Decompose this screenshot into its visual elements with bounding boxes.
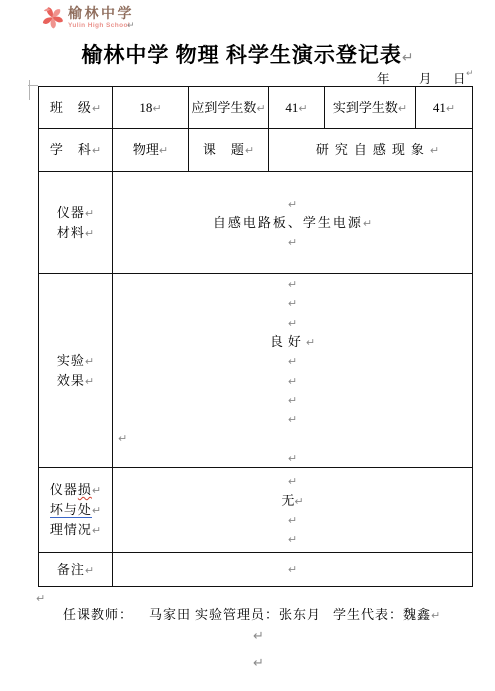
paragraph-mark-icon: ↵: [294, 495, 303, 508]
class-value: 18: [139, 100, 152, 115]
paragraph-mark-icon: ↵: [306, 336, 315, 349]
topic-value-cell[interactable]: 研究自感现象↵: [269, 129, 472, 172]
paragraph-mark-icon: ↵: [253, 656, 264, 671]
teacher-label: 任课教师：: [63, 607, 133, 622]
topic-label: 课 题: [203, 142, 245, 157]
class-label-cell: 班 级↵: [39, 87, 113, 129]
paragraph-mark-icon: ↵: [118, 432, 127, 445]
date-line: 年 月 日 ↵: [0, 69, 495, 85]
paragraph-mark-icon: ↵: [288, 533, 297, 546]
empty-paragraph: ↵: [113, 293, 472, 312]
damage-label-cell: 仪器损↵ 坏与处↵ 理情况↵: [39, 468, 113, 553]
subject-value-cell[interactable]: 物理↵: [113, 129, 189, 172]
teacher-name: 马家田: [149, 607, 191, 622]
damage-value-line: 无↵: [113, 491, 472, 510]
paragraph-mark-icon: ↵: [92, 102, 101, 115]
school-logo: 榆林中学 Yulin High School: [40, 5, 134, 30]
paragraph-mark-icon: ↵: [288, 514, 297, 527]
paragraph-mark-icon: ↵: [288, 394, 297, 407]
paragraph-mark-icon: ↵: [298, 102, 307, 115]
empty-paragraph: ↵: [113, 313, 472, 332]
empty-paragraph: ↵: [113, 351, 472, 370]
subject-label-cell: 学 科↵: [39, 129, 113, 172]
empty-paragraph: ↵: [113, 471, 472, 490]
paragraph-mark-icon: ↵: [288, 560, 297, 579]
notes-label-cell: 备注↵: [39, 553, 113, 586]
topic-label-cell: 课 题↵: [189, 129, 269, 172]
damage-label-line3: 理情况: [50, 522, 92, 537]
paragraph-mark-icon: ↵: [92, 504, 101, 517]
equipment-value-cell[interactable]: ↵ 自感电路板、学生电源↵ ↵: [113, 172, 472, 274]
paragraph-mark-icon: ↵: [431, 609, 440, 622]
day-label: 日: [453, 69, 466, 87]
paragraph-mark-icon: ↵: [92, 524, 101, 537]
effect-label-line2: 效果: [57, 373, 85, 388]
paragraph-mark-icon: ↵: [85, 355, 94, 368]
student-rep-label: 学生代表：: [333, 607, 403, 622]
empty-paragraph: ↵: [113, 371, 472, 390]
lab-manager-label: 实验管理员：: [195, 607, 279, 622]
paragraph-mark-icon: ↵: [466, 69, 474, 79]
paragraph-mark-icon: ↵: [288, 375, 297, 388]
paragraph-mark-icon: ↵: [256, 102, 265, 115]
effect-value: 良好: [270, 334, 306, 349]
subject-label: 学 科: [50, 142, 92, 157]
equipment-label-line1: 仪器: [57, 205, 85, 220]
paragraph-mark-icon: ↵: [85, 227, 94, 240]
empty-paragraph: ↵: [113, 194, 472, 213]
paragraph-mark-icon: ↵: [288, 475, 297, 488]
paragraph-mark-icon: ↵: [363, 217, 372, 230]
paragraph-mark-icon: ↵: [253, 629, 264, 644]
damage-label-misspelled-char: 损: [78, 482, 92, 497]
effect-label-cell: 实验↵ 效果↵: [39, 274, 113, 468]
expected-students-value: 41: [285, 100, 298, 115]
paragraph-mark-icon: ↵: [159, 144, 168, 157]
paragraph-mark-icon: ↵: [288, 355, 297, 368]
paragraph-mark-icon: ↵: [85, 564, 94, 577]
logo-flower-icon: [40, 5, 65, 30]
effect-value-line: 良好↵: [113, 332, 472, 351]
student-rep-name: 魏鑫: [403, 607, 431, 622]
logo-school-name: 榆林中学: [68, 7, 134, 22]
effect-value-cell[interactable]: ↵ ↵ ↵ 良好↵ ↵ ↵ ↵ ↵ ↵ ↵: [113, 274, 472, 468]
empty-paragraph: ↵: [113, 529, 472, 548]
paragraph-mark-icon: ↵: [288, 278, 297, 291]
paragraph-mark-icon: ↵: [288, 317, 297, 330]
paragraph-mark-icon: ↵: [85, 375, 94, 388]
paragraph-mark-icon: ↵: [288, 413, 297, 426]
expected-students-value-cell[interactable]: 41↵: [269, 87, 325, 129]
class-label: 班 级: [50, 100, 92, 115]
actual-students-label: 实到学生数: [333, 100, 398, 115]
paragraph-mark-icon: ↵: [288, 297, 297, 310]
empty-paragraph: ↵: [113, 428, 472, 447]
paragraph-mark-icon: ↵: [127, 21, 135, 31]
paragraph-mark-icon: ↵: [152, 102, 161, 115]
paragraph-mark-icon: ↵: [245, 144, 254, 157]
paragraph-mark-icon: ↵: [430, 144, 439, 157]
teacher-signature: 任课教师：马家田: [63, 604, 191, 623]
damage-label-line2: 坏与处: [50, 502, 92, 518]
topic-value: 研究自感现象: [316, 142, 430, 157]
paragraph-mark-icon: ↵: [288, 236, 297, 249]
equipment-label-line2: 材料: [57, 225, 85, 240]
year-label: 年: [377, 69, 390, 87]
equipment-label-cell: 仪器↵ 材料↵: [39, 172, 113, 274]
subject-value: 物理: [133, 142, 159, 157]
paragraph-mark-icon: ↵: [288, 452, 297, 465]
paragraph-mark-icon: ↵: [446, 102, 455, 115]
month-label: 月: [419, 69, 432, 87]
actual-students-value: 41: [433, 100, 446, 115]
registration-table: 班 级↵ 18↵ 应到学生数↵ 41↵ 实到学生数↵ 41↵ 学 科↵ 物理↵ …: [38, 86, 473, 587]
paragraph-mark-icon: ↵: [398, 102, 407, 115]
class-value-cell[interactable]: 18↵: [113, 87, 189, 129]
empty-paragraph: ↵: [113, 409, 472, 428]
form-title-text: 榆林中学 物理 科学生演示登记表: [81, 43, 402, 67]
notes-value-cell[interactable]: ↵: [113, 553, 472, 586]
actual-students-label-cell: 实到学生数↵: [325, 87, 416, 129]
logo-text-block: 榆林中学 Yulin High School: [68, 7, 134, 30]
paragraph-mark-icon: ↵: [85, 207, 94, 220]
empty-paragraph: ↵: [113, 390, 472, 409]
empty-paragraph: ↵: [113, 274, 472, 293]
actual-students-value-cell[interactable]: 41↵: [416, 87, 472, 129]
empty-paragraph: ↵: [113, 510, 472, 529]
damage-value: 无: [281, 493, 294, 508]
lab-manager-signature: 实验管理员：张东月: [195, 604, 321, 623]
paragraph-mark-icon: ↵: [288, 198, 297, 211]
empty-paragraph: ↵: [113, 232, 472, 251]
paragraph-mark-icon: ↵: [402, 50, 414, 66]
effect-label-line1: 实验: [57, 353, 85, 368]
expected-students-label: 应到学生数: [191, 100, 256, 115]
lab-manager-name: 张东月: [279, 607, 321, 622]
signature-line: 任课教师：马家田 实验管理员：张东月 学生代表：魏鑫↵: [0, 604, 495, 622]
damage-label-line1: 仪器: [50, 482, 78, 497]
expected-students-label-cell: 应到学生数↵: [189, 87, 269, 129]
equipment-value-line: 自感电路板、学生电源↵: [113, 213, 472, 232]
student-rep-signature: 学生代表：魏鑫↵: [333, 604, 440, 623]
damage-value-cell[interactable]: ↵ 无↵ ↵ ↵: [113, 468, 472, 553]
paragraph-mark-icon: ↵: [92, 484, 101, 497]
word-document-page: 榆林中学 Yulin High School ↵ 榆林中学 物理 科学生演示登记…: [0, 0, 495, 691]
paragraph-mark-icon: ↵: [92, 144, 101, 157]
equipment-value: 自感电路板、学生电源: [213, 215, 363, 230]
form-title: 榆林中学 物理 科学生演示登记表↵: [0, 39, 495, 69]
notes-label: 备注: [57, 562, 85, 577]
logo-school-name-english: Yulin High School: [68, 22, 134, 30]
empty-paragraph: ↵: [113, 448, 472, 467]
